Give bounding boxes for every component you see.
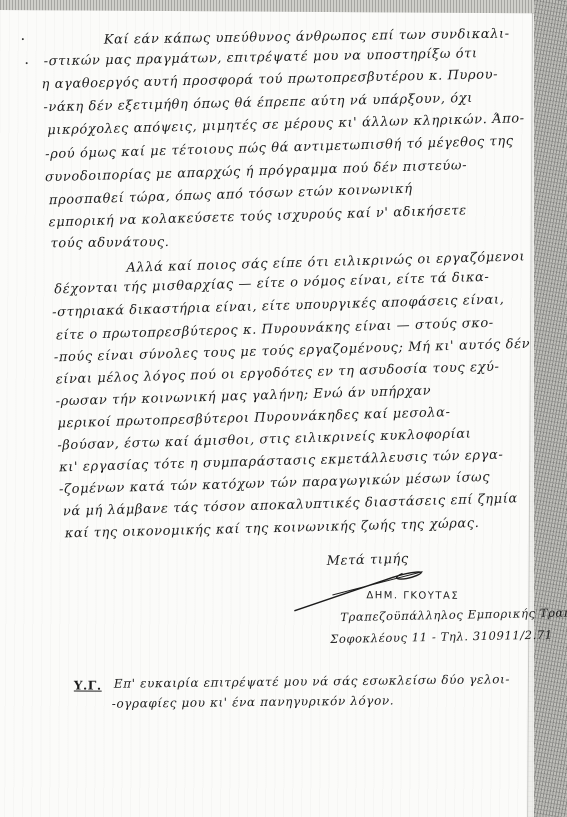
postscript-line: -ογραφίες μου κι' ένα πανηγυρικόν λόγον. — [112, 693, 395, 710]
signature-name: ΔΗΜ. ΓΚΟΥΤΑΣ — [366, 590, 459, 602]
speck — [22, 38, 24, 40]
body-line: η αγαθοεργός αυτή προσφορά τού πρωτοπρεσ… — [41, 67, 498, 92]
speck — [26, 62, 28, 64]
body-line: δέχονται τής μισθαρχίας — είτε ο νόμος ε… — [54, 270, 490, 298]
body-line: -νάκη δέν εξετιμήθη όπως θά έπρεπε αύτη … — [43, 91, 473, 115]
body-line: καί της οικονομικής καί της κοινωνικής ζ… — [65, 516, 480, 541]
body-line: -στηριακά δικαστήρια είναι, είτε υπουργι… — [52, 292, 505, 320]
body-line: εμπορική να κολακεύσετε τούς ισχυρούς κα… — [48, 203, 466, 230]
body-line: προσπαθεί τώρα, όπως από τόσων ετών κοιν… — [49, 182, 413, 209]
body-line: Καί εάν κάπως υπεύθυνος άνθρωπος επί των… — [104, 27, 510, 48]
signature-address: Σοφοκλέους 11 - Τηλ. 310911/2.71 — [330, 628, 553, 646]
letter-page: Καί εάν κάπως υπεύθυνος άνθρωπος επί των… — [0, 10, 532, 817]
body-line: μερικοί πρωτοπρεσβύτεροι Πυρουνάκηδες κα… — [57, 405, 450, 431]
body-line: είναι μέλος λόγος πού οι εργοδότες εν τη… — [56, 360, 500, 388]
body-line: -ρωσαν τήν κοινωνική μας γαλήνη; Ενώ άν … — [55, 384, 431, 410]
postscript-line: Επ' ευκαιρία επιτρέψατέ μου νά σάς εσωκλ… — [114, 672, 510, 690]
body-line: -στικών μας πραγμάτων, επιτρέψατέ μου να… — [44, 46, 478, 69]
scan-right-edge — [534, 0, 567, 817]
body-line: τούς αδυνάτους. — [50, 235, 169, 251]
body-line: μικρόχολες απόψεις, μιμητές σε μέρους κι… — [47, 111, 525, 138]
body-line: νά μή λάμβανε τάς τόσον αποκαλυπτικές δι… — [63, 491, 518, 519]
postscript-label: Υ.Γ. — [74, 678, 102, 692]
